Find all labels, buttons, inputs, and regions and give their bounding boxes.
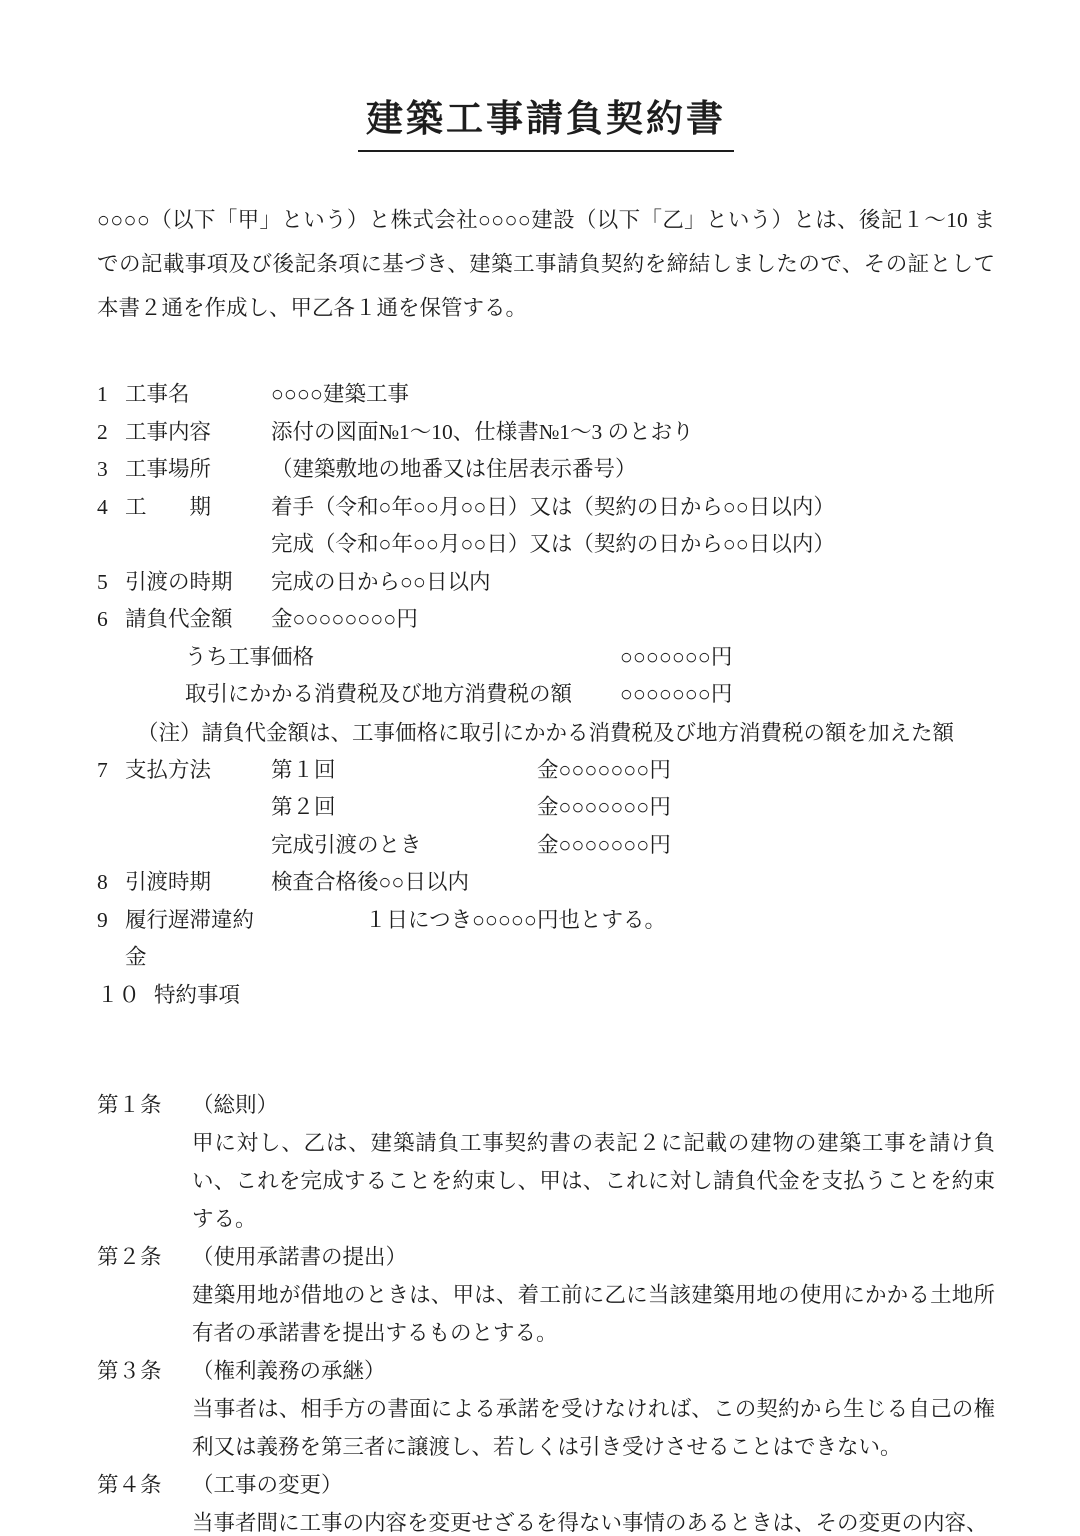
item-value [300, 977, 995, 1015]
article-number: 第２条 [97, 1238, 192, 1276]
item-row: 4 工 期 着手（令和○年○○月○○日）又は（契約の日から○○日以内） [97, 489, 995, 527]
item-row: 7 支払方法 第１回 金○○○○○○○円 [97, 752, 995, 790]
item-label: 請負代金額 [125, 601, 271, 639]
item-row: 2 工事内容 添付の図面№1～10、仕様書№1～3 のとおり [97, 414, 995, 452]
item-label: 工事場所 [125, 451, 271, 489]
item-number: １０ [97, 977, 154, 1015]
article-heading: （権利義務の承継） [192, 1352, 995, 1390]
item-label: 特約事項 [154, 977, 300, 1015]
article: 第４条 （工事の変更） 当事者間に工事の内容を変更せざるを得ない事情のあるときは… [97, 1466, 995, 1536]
item-number: 9 [97, 902, 125, 977]
item-number: 2 [97, 414, 125, 452]
article-number: 第１条 [97, 1086, 192, 1124]
item-row: 9 履行遅滞違約金 １日につき○○○○○円也とする。 [97, 902, 995, 977]
item-subrow: 取引にかかる消費税及び地方消費税の額 ○○○○○○○円 [97, 676, 995, 714]
item-value: （建築敷地の地番又は住居表示番号） [271, 451, 995, 489]
item-label: 支払方法 [125, 752, 271, 790]
title-row: 建築工事請負契約書 [97, 88, 995, 152]
item-row: 5 引渡の時期 完成の日から○○日以内 [97, 564, 995, 602]
contract-summary-list: 1 工事名 ○○○○建築工事 2 工事内容 添付の図面№1～10、仕様書№1～3… [97, 376, 995, 1014]
item-number: 5 [97, 564, 125, 602]
article-body: 当事者は、相手方の書面による承諾を受けなければ、この契約から生じる自己の権利又は… [192, 1390, 995, 1466]
item-subrow: うち工事価格 ○○○○○○○円 [97, 639, 995, 677]
article-heading-row: 第１条 （総則） [97, 1086, 995, 1124]
item-value-continuation: 完成（令和○年○○月○○日）又は（契約の日から○○日以内） [97, 526, 995, 564]
payment-label: 第２回 [271, 789, 537, 827]
item-number: 8 [97, 864, 125, 902]
payment-row: 第２回 金○○○○○○○円 [97, 789, 995, 827]
article: 第２条 （使用承諾書の提出） 建築用地が借地のときは、甲は、着工前に乙に当該建築… [97, 1238, 995, 1352]
article: 第１条 （総則） 甲に対し、乙は、建築請負工事契約書の表記２に記載の建物の建築工… [97, 1086, 995, 1238]
item-value: ○○○○建築工事 [271, 376, 995, 414]
item-label: 工 期 [125, 489, 271, 527]
article-body: 当事者間に工事の内容を変更せざるを得ない事情のあるときは、その変更の内容、 [192, 1504, 995, 1536]
item-value: 検査合格後○○日以内 [271, 864, 995, 902]
item-label: 工事内容 [125, 414, 271, 452]
item-row: １０ 特約事項 [97, 977, 995, 1015]
subitem-label: 取引にかかる消費税及び地方消費税の額 [185, 676, 620, 714]
subitem-amount: ○○○○○○○円 [620, 639, 995, 677]
item-value: 添付の図面№1～10、仕様書№1～3 のとおり [271, 414, 995, 452]
subitem-label: うち工事価格 [185, 639, 620, 677]
item-number: 1 [97, 376, 125, 414]
item-value: 金○○○○○○○○円 [271, 601, 995, 639]
article-heading-row: 第３条 （権利義務の承継） [97, 1352, 995, 1390]
item-row: 6 請負代金額 金○○○○○○○○円 [97, 601, 995, 639]
payment-label: 完成引渡のとき [271, 827, 537, 865]
item-label: 工事名 [125, 376, 271, 414]
item-label: 引渡の時期 [125, 564, 271, 602]
item-value: 着手（令和○年○○月○○日）又は（契約の日から○○日以内） [271, 489, 995, 527]
item-value: 完成の日から○○日以内 [271, 564, 995, 602]
payment-label: 第１回 [271, 752, 537, 790]
item-row: 3 工事場所 （建築敷地の地番又は住居表示番号） [97, 451, 995, 489]
intro-paragraph: ○○○○（以下「甲」という）と株式会社○○○○建設（以下「乙」という）とは、後記… [97, 198, 995, 330]
subitem-amount: ○○○○○○○円 [620, 676, 995, 714]
article-heading-row: 第２条 （使用承諾書の提出） [97, 1238, 995, 1276]
item-number: 3 [97, 451, 125, 489]
item-number: 4 [97, 489, 125, 527]
article-heading: （使用承諾書の提出） [192, 1238, 995, 1276]
article-heading-row: 第４条 （工事の変更） [97, 1466, 995, 1504]
item-row: 1 工事名 ○○○○建築工事 [97, 376, 995, 414]
article-number: 第４条 [97, 1466, 192, 1504]
item-number: 6 [97, 601, 125, 639]
item-label: 引渡時期 [125, 864, 271, 902]
article-body: 建築用地が借地のときは、甲は、着工前に乙に当該建築用地の使用にかかる土地所有者の… [192, 1276, 995, 1352]
note-row: （注）請負代金額は、工事価格に取引にかかる消費税及び地方消費税の額を加えた額 [97, 714, 995, 752]
document-page: 建築工事請負契約書 ○○○○（以下「甲」という）と株式会社○○○○建設（以下「乙… [0, 0, 1080, 1536]
payment-amount: 金○○○○○○○円 [537, 827, 995, 865]
item-label: 履行遅滞違約金 [125, 902, 271, 977]
item-value: １日につき○○○○○円也とする。 [271, 902, 995, 977]
article: 第３条 （権利義務の承継） 当事者は、相手方の書面による承諾を受けなければ、この… [97, 1352, 995, 1466]
page-title: 建築工事請負契約書 [358, 88, 734, 152]
article-heading: （総則） [192, 1086, 995, 1124]
articles-section: 第１条 （総則） 甲に対し、乙は、建築請負工事契約書の表記２に記載の建物の建築工… [97, 1086, 995, 1536]
item-row: 8 引渡時期 検査合格後○○日以内 [97, 864, 995, 902]
article-body: 甲に対し、乙は、建築請負工事契約書の表記２に記載の建物の建築工事を請け負い、これ… [192, 1124, 995, 1238]
payment-amount: 金○○○○○○○円 [537, 789, 995, 827]
payment-amount: 金○○○○○○○円 [537, 752, 995, 790]
item-number: 7 [97, 752, 125, 790]
article-heading: （工事の変更） [192, 1466, 995, 1504]
payment-row: 完成引渡のとき 金○○○○○○○円 [97, 827, 995, 865]
article-number: 第３条 [97, 1352, 192, 1390]
